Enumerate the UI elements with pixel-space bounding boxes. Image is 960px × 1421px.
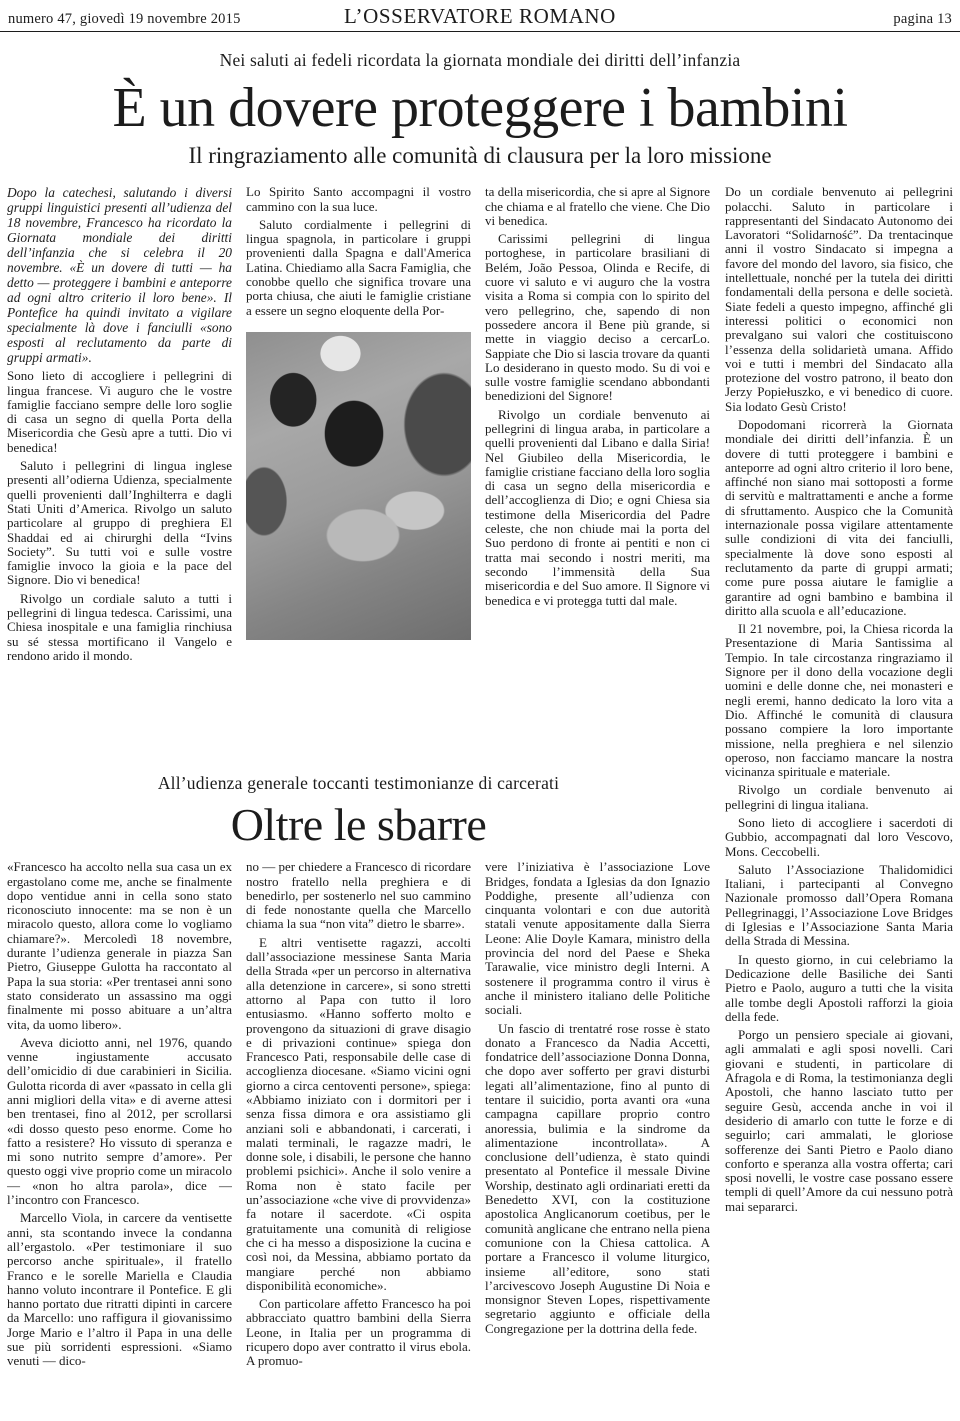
article2-column-3: vere l’iniziativa è l’associazione Love … <box>485 860 710 1412</box>
article2-column-1: «Francesco ha accolto nella sua casa un … <box>7 860 232 1412</box>
article2-column-2: no — per chiedere a Francesco di ricorda… <box>246 860 471 1412</box>
paragraph: Rivolgo un cordiale benvenuto ai pellegr… <box>485 408 710 608</box>
article2-kicker: All’udienza generale toccanti testimonia… <box>7 773 710 794</box>
article1-column-2: Lo Spirito Santo accompagni il vostro ca… <box>246 185 471 759</box>
paragraph: Porgo un pensiero speciale ai giovani, a… <box>725 1028 953 1214</box>
paragraph: Do un cordiale benvenuto ai pellegrini p… <box>725 185 953 414</box>
left-zone: Dopo la catechesi, salutando i diversi g… <box>7 185 710 1417</box>
paragraph: «Francesco ha accolto nella sua casa un … <box>7 860 232 1032</box>
newspaper-title: L’OSSERVATORE ROMANO <box>0 4 960 29</box>
paragraph: Rivolgo un cordiale saluto a tutti i pel… <box>7 592 232 663</box>
paragraph: Saluto cordialmente i pellegrini di ling… <box>246 218 471 318</box>
article1-column-1: Dopo la catechesi, salutando i diversi g… <box>7 185 232 759</box>
paragraph: Aveva diciotto anni, nel 1976, quando ve… <box>7 1036 232 1208</box>
paragraph: E altri ventisette ragazzi, accolti dall… <box>246 936 471 1293</box>
audience-photo <box>246 332 471 640</box>
article1-columns: Dopo la catechesi, salutando i diversi g… <box>7 185 710 759</box>
article1-headline: È un dovere proteggere i bambini <box>0 79 960 137</box>
paragraph: Dopodomani ricorrerà la Giornata mondial… <box>725 418 953 618</box>
paragraph: Con particolare affetto Francesco ha poi… <box>246 1297 471 1368</box>
article2-header: All’udienza generale toccanti testimonia… <box>7 773 710 848</box>
article1-column-4: Do un cordiale benvenuto ai pellegrini p… <box>725 185 953 1417</box>
newspaper-page: numero 47, giovedì 19 novembre 2015 L’OS… <box>0 0 960 1421</box>
paragraph: Il 21 novembre, poi, la Chiesa ricorda l… <box>725 622 953 779</box>
masthead: numero 47, giovedì 19 novembre 2015 L’OS… <box>0 0 960 32</box>
paragraph: Rivolgo un cordiale benvenuto ai pellegr… <box>725 783 953 812</box>
paragraph: ta della misericordia, che si apre al Si… <box>485 185 710 228</box>
paragraph: Dopo la catechesi, salutando i diversi g… <box>7 185 232 365</box>
article2-headline: Oltre le sbarre <box>7 802 710 848</box>
paragraph: no — per chiedere a Francesco di ricorda… <box>246 860 471 931</box>
article1-header: Nei saluti ai fedeli ricordata la giorna… <box>0 32 960 169</box>
article2-columns: «Francesco ha accolto nella sua casa un … <box>7 860 710 1412</box>
article1-column-3: ta della misericordia, che si apre al Si… <box>485 185 710 759</box>
paragraph: In questo giorno, in cui celebriamo la D… <box>725 953 953 1024</box>
paragraph: Lo Spirito Santo accompagni il vostro ca… <box>246 185 471 214</box>
paragraph: vere l’iniziativa è l’associazione Love … <box>485 860 710 1017</box>
paragraph: Saluto i pellegrini di lingua inglese pr… <box>7 459 232 588</box>
paragraph: Marcello Viola, in carcere da ventisette… <box>7 1211 232 1368</box>
article1-subhead: Il ringraziamento alle comunità di claus… <box>0 143 960 169</box>
paragraph: Saluto l’Associazione Thalidomidici Ital… <box>725 863 953 949</box>
paragraph: Sono lieto di accogliere i sacerdoti di … <box>725 816 953 859</box>
paragraph: Un fascio di trentatré rose rosse è stat… <box>485 1022 710 1337</box>
paragraph: Sono lieto di accogliere i pellegrini di… <box>7 369 232 455</box>
page-body: Dopo la catechesi, salutando i diversi g… <box>0 185 960 1417</box>
article1-kicker: Nei saluti ai fedeli ricordata la giorna… <box>0 50 960 71</box>
paragraph: Carissimi pellegrini di lingua portoghes… <box>485 232 710 404</box>
